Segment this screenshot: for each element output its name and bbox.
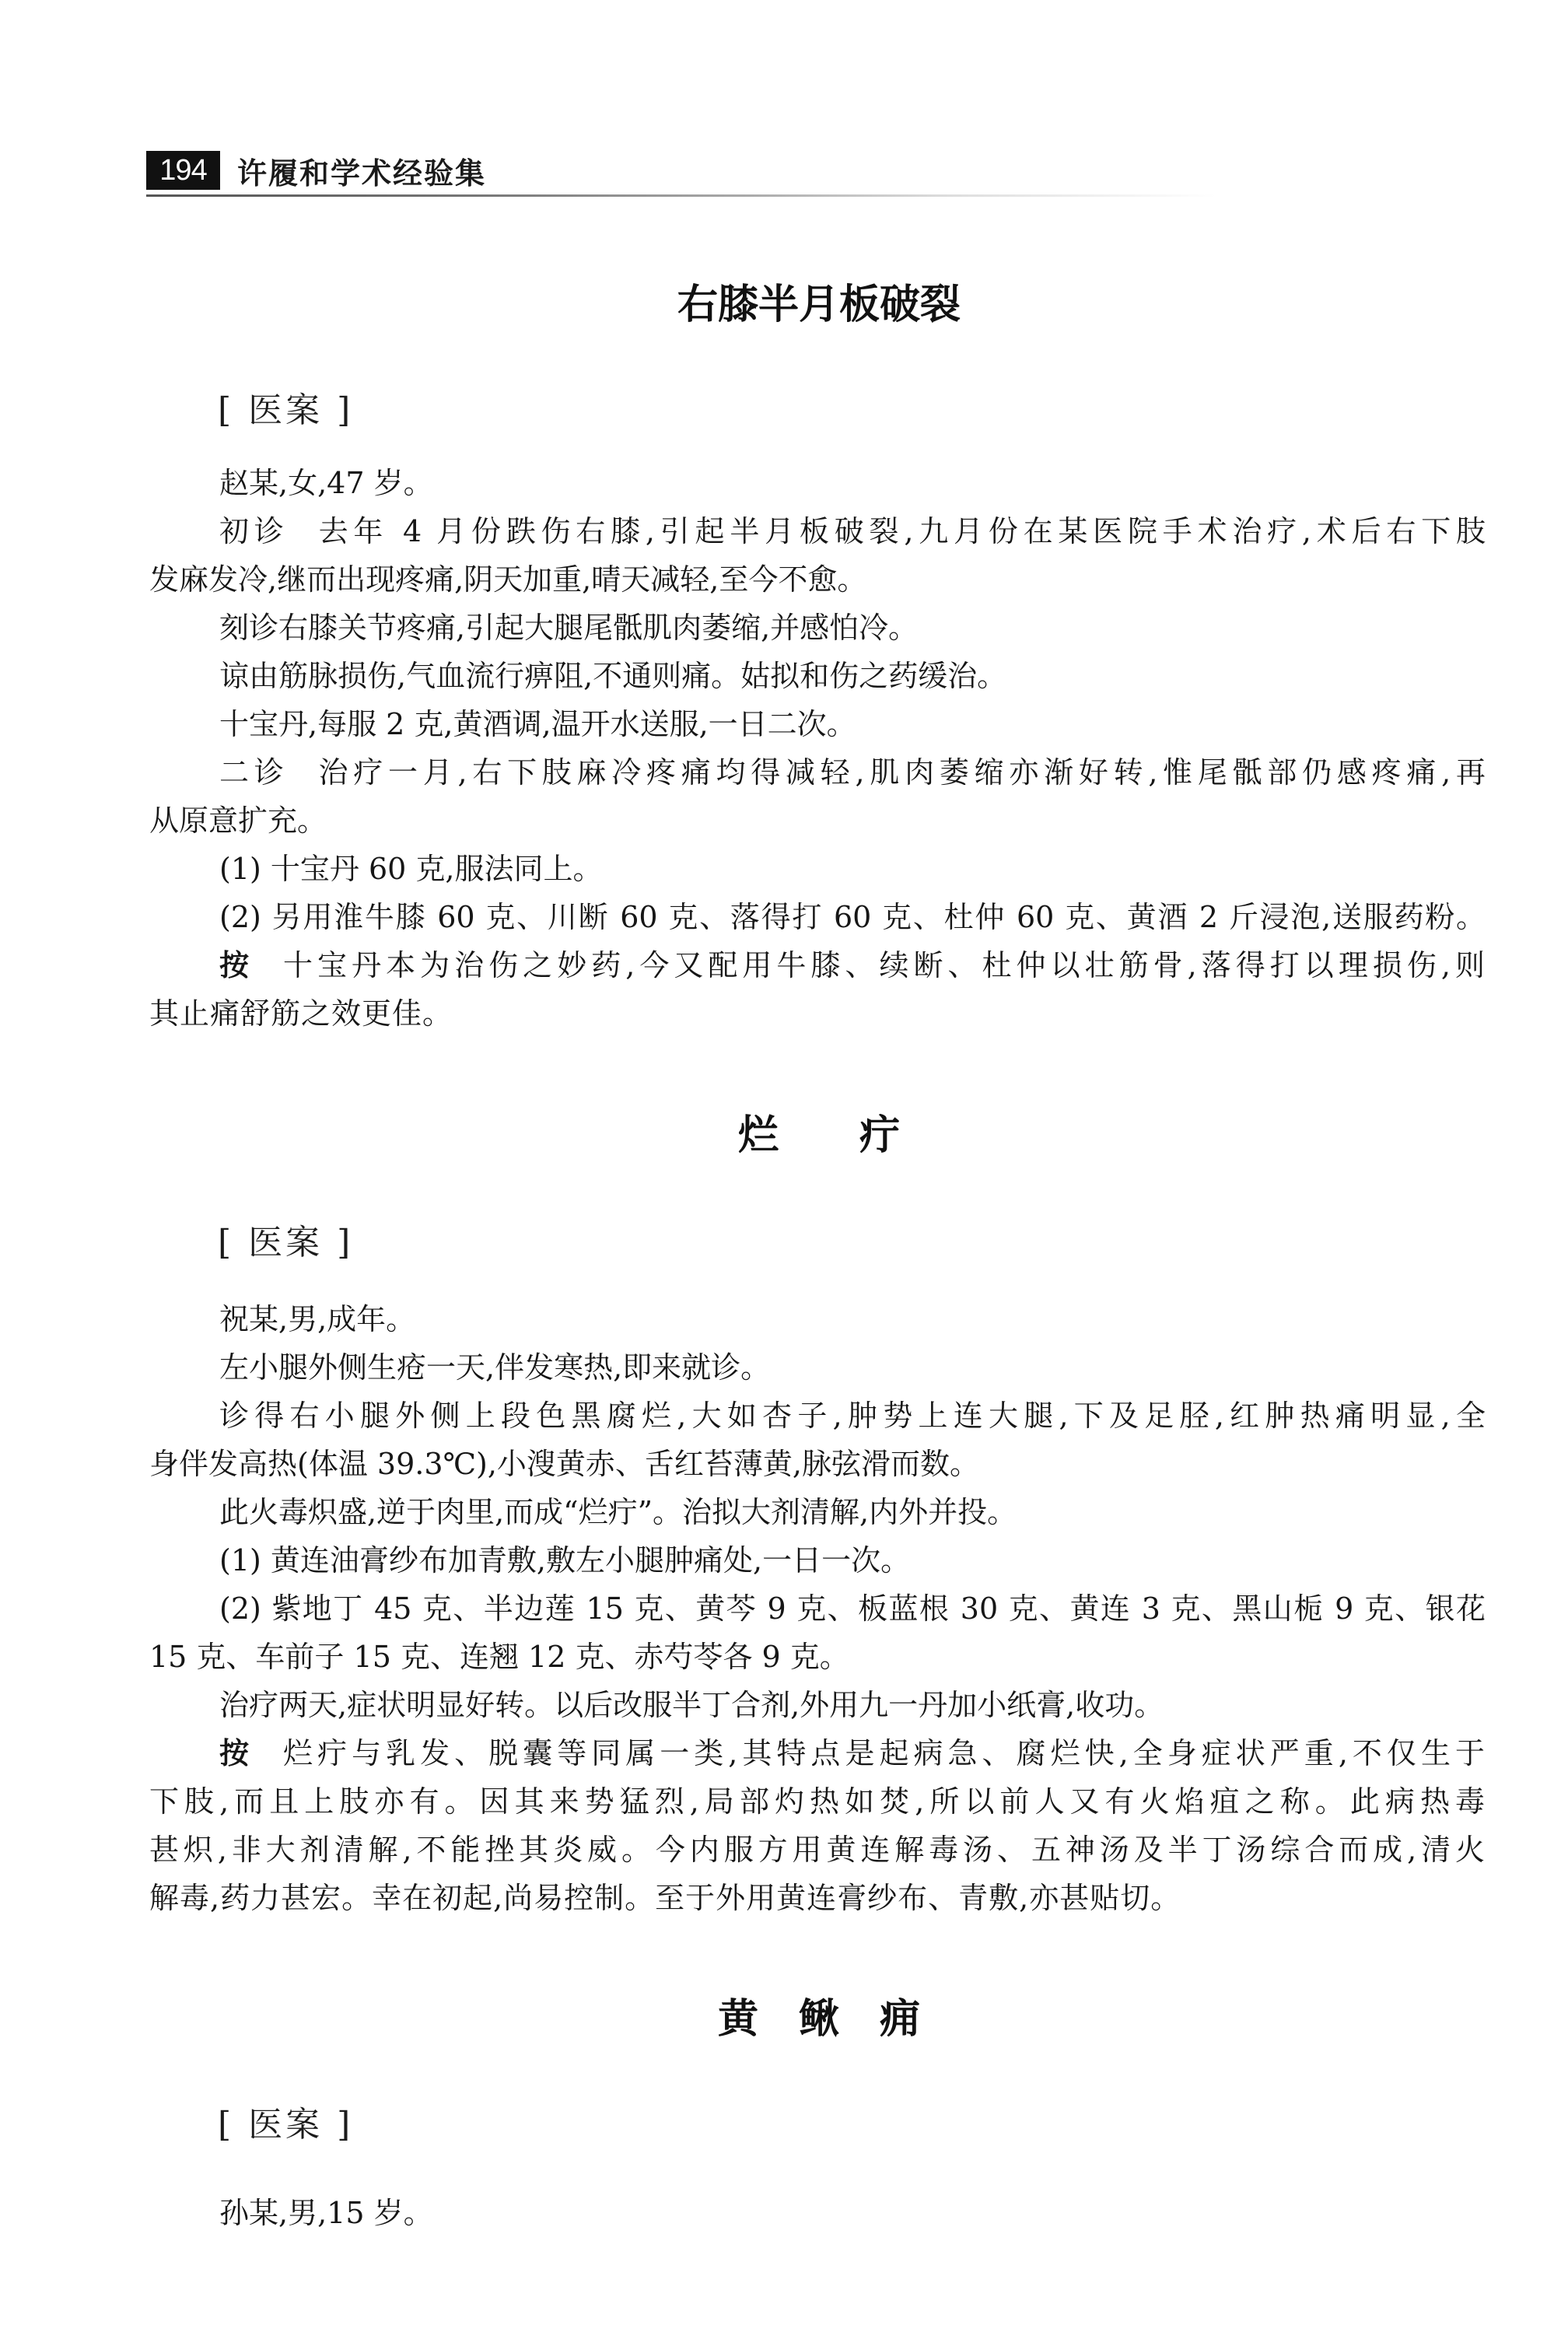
paragraph-line: 赵某,女,47 岁。 bbox=[149, 459, 1486, 507]
paragraph-line: 谅由筋脉损伤,气血流行痹阻,不通则痛。姑拟和伤之药缓治。 bbox=[149, 652, 1486, 700]
header-rule bbox=[146, 194, 1484, 197]
paragraph-line: 左小腿外侧生疮一天,伴发寒热,即来就诊。 bbox=[149, 1343, 1486, 1392]
paragraph-line: 二诊治疗一月,右下肢麻冷疼痛均得减轻,肌肉萎缩亦渐好转,惟尾骶部仍感疼痛,再 bbox=[149, 748, 1486, 797]
section-body: 赵某,女,47 岁。 初诊去年 4 月份跌伤右膝,引起半月板破裂,九月份在某医院… bbox=[149, 459, 1486, 1038]
paragraph-line: 初诊去年 4 月份跌伤右膝,引起半月板破裂,九月份在某医院手术治疗,术后右下肢 bbox=[149, 507, 1486, 555]
section-body: 祝某,男,成年。 左小腿外侧生疮一天,伴发寒热,即来就诊。 诊得右小腿外侧上段色… bbox=[149, 1295, 1486, 1922]
commentary-line: 解毒,药力甚宏。幸在初起,尚易控制。至于外用黄连膏纱布、青敷,亦甚贴切。 bbox=[149, 1874, 1486, 1922]
case-label: [ 医案 ] bbox=[218, 1220, 353, 1266]
book-title: 许履和学术经验集 bbox=[237, 149, 486, 192]
paragraph-line: 治疗两天,症状明显好转。以后改服半丁合剂,外用九一丹加小纸膏,收功。 bbox=[149, 1681, 1486, 1729]
paragraph-line: (2) 另用淮牛膝 60 克、川断 60 克、落得打 60 克、杜仲 60 克、… bbox=[149, 893, 1486, 941]
commentary-line: 其止痛舒筋之效更佳。 bbox=[149, 989, 1486, 1038]
paragraph-line: (1) 十宝丹 60 克,服法同上。 bbox=[149, 845, 1486, 893]
paragraph-line: 孙某,男,15 岁。 bbox=[149, 2189, 1486, 2237]
section-title: 烂 疔 bbox=[0, 1112, 1568, 1159]
paragraph-line: 十宝丹,每服 2 克,黄酒调,温开水送服,一日二次。 bbox=[149, 700, 1486, 748]
commentary-line: 按烂疔与乳发、脱囊等同属一类,其特点是起病急、腐烂快,全身症状严重,不仅生于 bbox=[149, 1729, 1486, 1777]
section-title: 右膝半月板破裂 bbox=[0, 282, 1568, 328]
paragraph-line: (2) 紫地丁 45 克、半边莲 15 克、黄芩 9 克、板蓝根 30 克、黄连… bbox=[149, 1584, 1486, 1633]
case-label: [ 医案 ] bbox=[218, 387, 353, 434]
section-body: 孙某,男,15 岁。 bbox=[149, 2189, 1486, 2237]
commentary-label: 按 bbox=[219, 947, 254, 982]
case-label: [ 医案 ] bbox=[218, 2102, 353, 2148]
visit-label: 二诊 bbox=[219, 755, 289, 790]
paragraph-line: 从原意扩充。 bbox=[149, 797, 1486, 845]
commentary-label: 按 bbox=[219, 1735, 254, 1770]
commentary-line: 下肢,而且上肢亦有。因其来势猛烈,局部灼热如焚,所以前人又有火焰疽之称。此病热毒 bbox=[149, 1777, 1486, 1826]
paragraph-line: 身伴发高热(体温 39.3℃),小溲黄赤、舌红苔薄黄,脉弦滑而数。 bbox=[149, 1440, 1486, 1488]
paragraph-line: 此火毒炽盛,逆于肉里,而成“烂疔”。治拟大剂清解,内外并投。 bbox=[149, 1488, 1486, 1536]
section-title: 黄 鳅 痈 bbox=[0, 1996, 1568, 2043]
paragraph-line: 发麻发冷,继而出现疼痛,阴天加重,晴天减轻,至今不愈。 bbox=[149, 555, 1486, 604]
commentary-line: 甚炽,非大剂清解,不能挫其炎威。今内服方用黄连解毒汤、五神汤及半丁汤综合而成,清… bbox=[149, 1826, 1486, 1874]
visit-label: 初诊 bbox=[219, 514, 289, 548]
paragraph-line: 祝某,男,成年。 bbox=[149, 1295, 1486, 1343]
paragraph-line: (1) 黄连油膏纱布加青敷,敷左小腿肿痛处,一日一次。 bbox=[149, 1536, 1486, 1584]
paragraph-line: 15 克、车前子 15 克、连翘 12 克、赤芍苓各 9 克。 bbox=[149, 1633, 1486, 1681]
commentary-line: 按十宝丹本为治伤之妙药,今又配用牛膝、续断、杜仲以壮筋骨,落得打以理损伤,则 bbox=[149, 941, 1486, 989]
page-number-badge: 194 bbox=[146, 151, 220, 190]
paragraph-line: 诊得右小腿外侧上段色黑腐烂,大如杏子,肿势上连大腿,下及足胫,红肿热痛明显,全 bbox=[149, 1392, 1486, 1440]
running-head: 194 许履和学术经验集 bbox=[146, 149, 486, 191]
paragraph-line: 刻诊右膝关节疼痛,引起大腿尾骶肌肉萎缩,并感怕冷。 bbox=[149, 604, 1486, 652]
